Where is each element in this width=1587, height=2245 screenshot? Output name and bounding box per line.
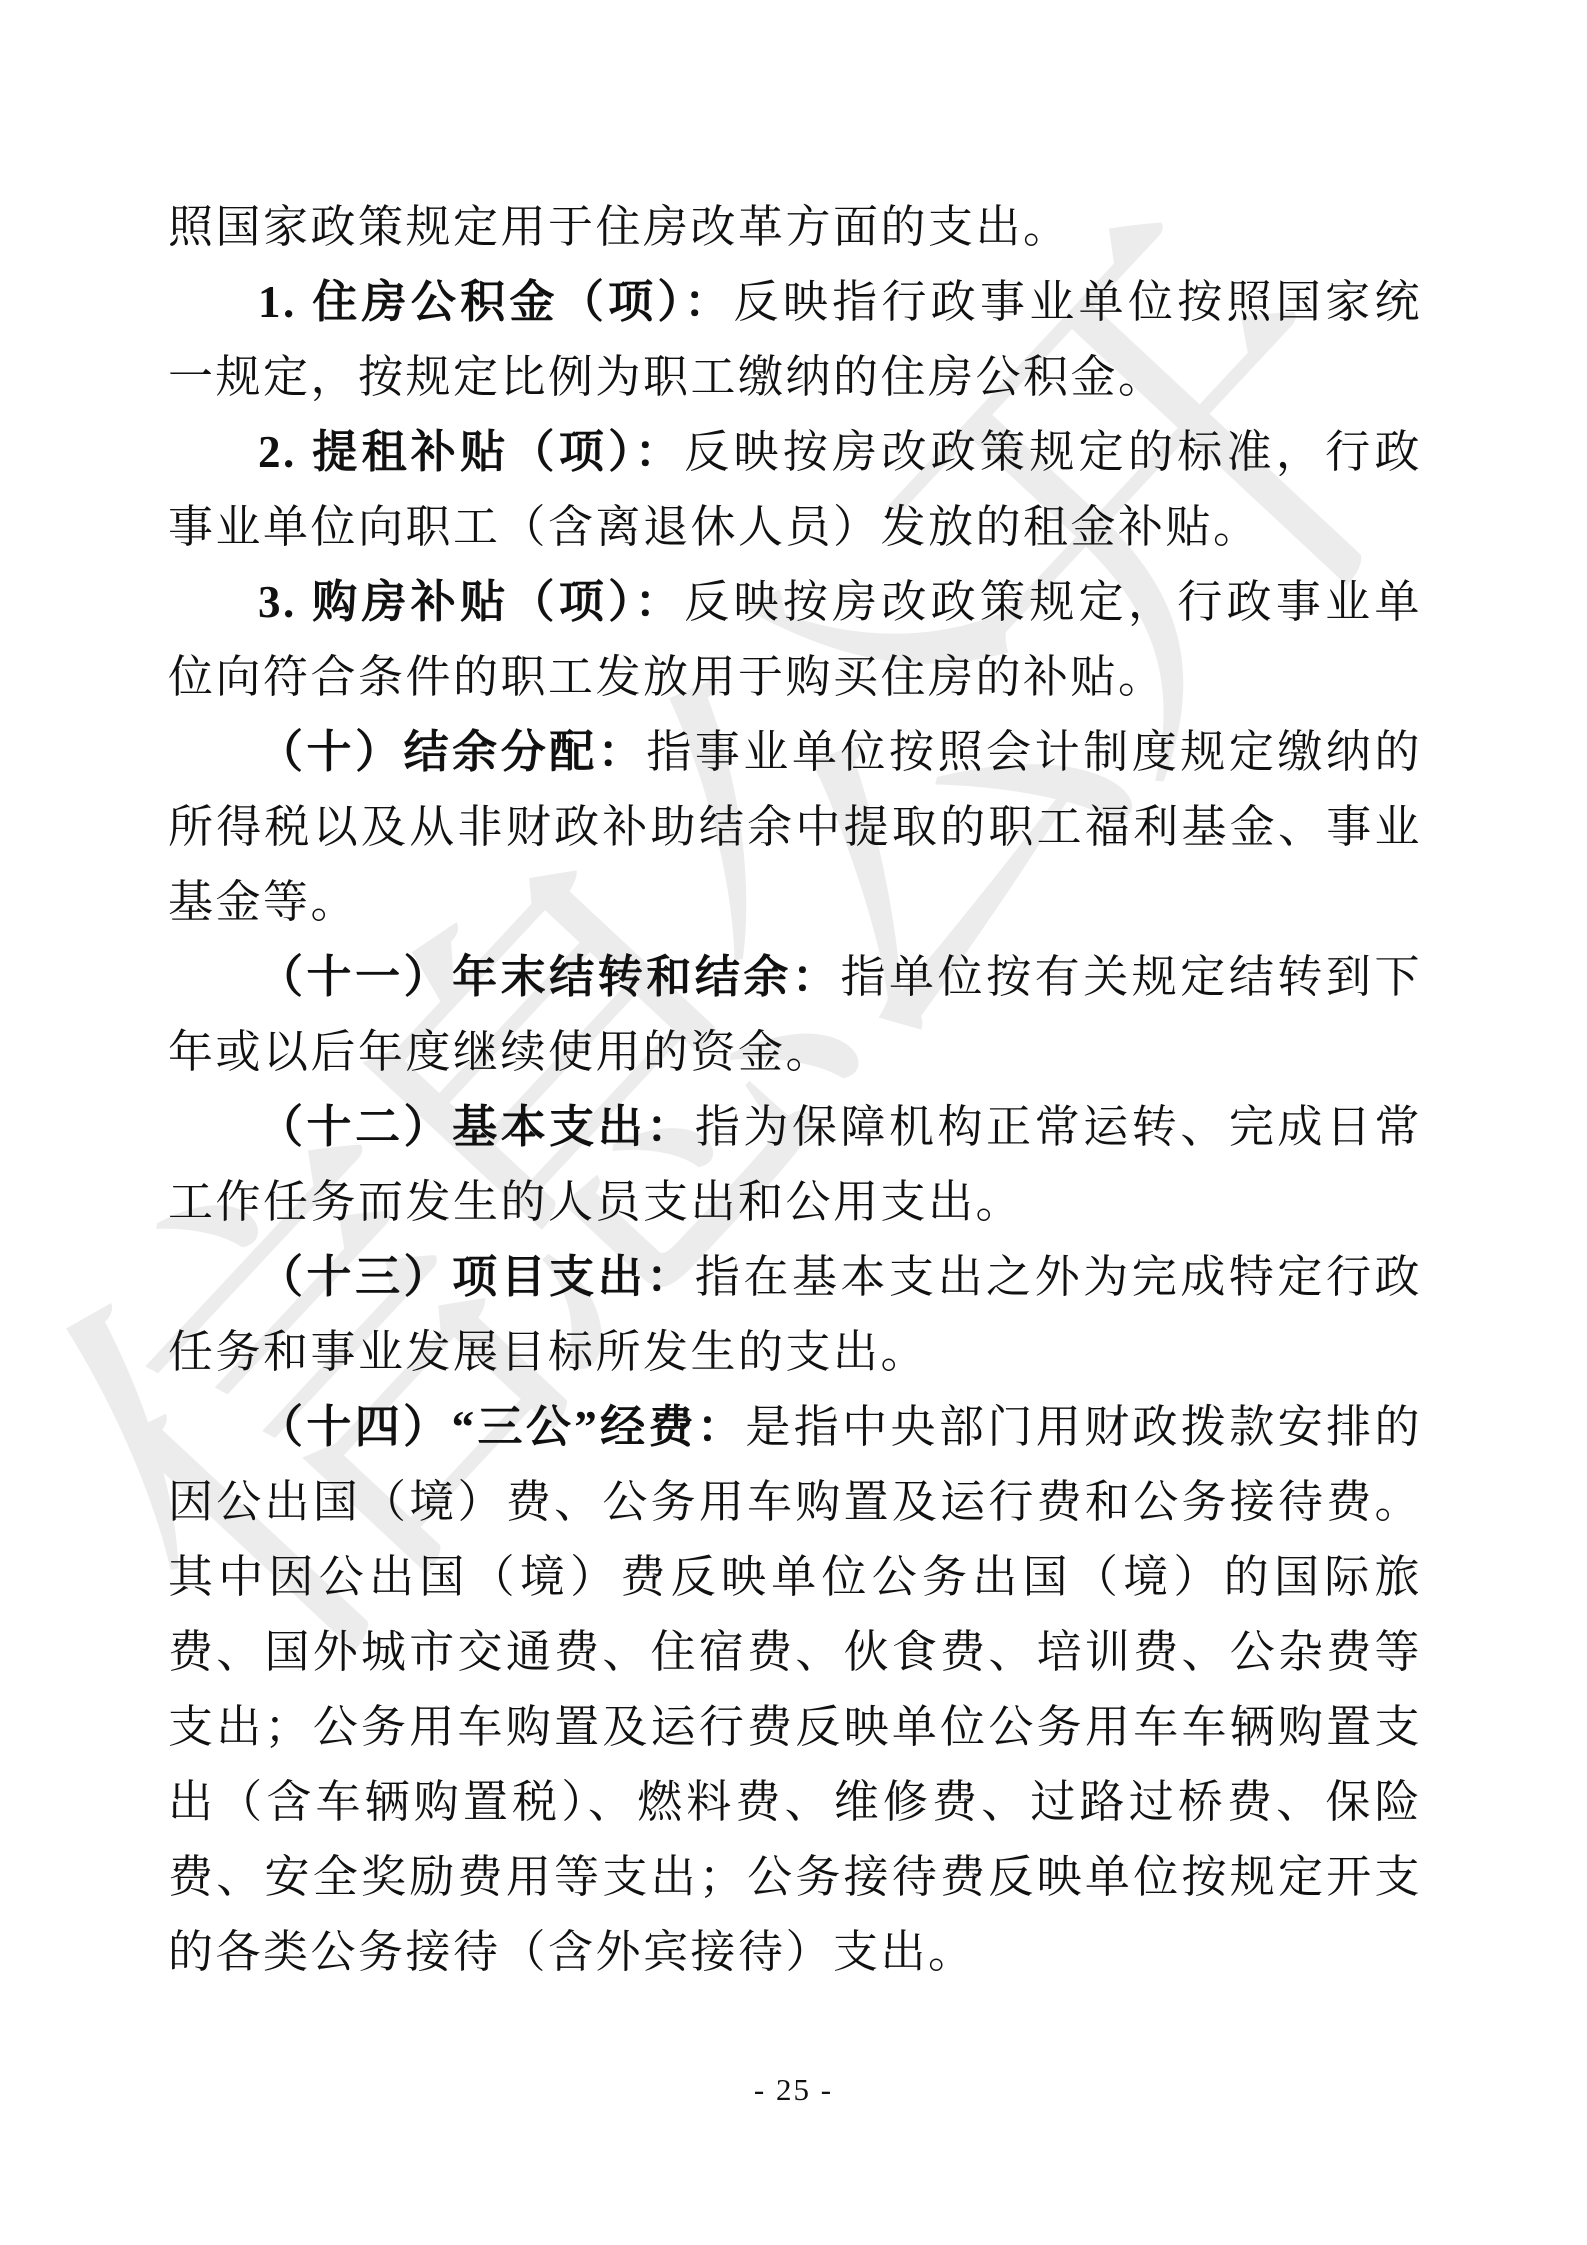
paragraph-text: 是指中央部门用财政拨款安排的因公出国（境）费、公务用车购置及运行费和公务接待费。… bbox=[168, 1402, 1422, 1977]
term-label: （十三）项目支出： bbox=[258, 1252, 695, 1302]
term-label: （十四）“三公”经费： bbox=[258, 1402, 745, 1452]
document-page: 信息公开 照国家政策规定用于住房改革方面的支出。 1. 住房公积金（项）：反映指… bbox=[0, 0, 1587, 2245]
paragraph-surplus-distribution: （十）结余分配：指事业单位按照会计制度规定缴纳的所得税以及从非财政补助结余中提取… bbox=[168, 715, 1422, 940]
term-label: （十二）基本支出： bbox=[258, 1102, 695, 1152]
paragraph-year-end-carryover: （十一）年末结转和结余：指单位按有关规定结转到下年或以后年度继续使用的资金。 bbox=[168, 940, 1422, 1090]
paragraph-project-expenditure: （十三）项目支出：指在基本支出之外为完成特定行政任务和事业发展目标所发生的支出。 bbox=[168, 1240, 1422, 1390]
term-label: （十一）年末结转和结余： bbox=[258, 952, 841, 1002]
term-label: 2. 提租补贴（项）： bbox=[258, 427, 684, 477]
term-label: 1. 住房公积金（项）： bbox=[258, 277, 734, 327]
paragraph-three-public-funds: （十四）“三公”经费：是指中央部门用财政拨款安排的因公出国（境）费、公务用车购置… bbox=[168, 1390, 1422, 1990]
paragraph-basic-expenditure: （十二）基本支出：指为保障机构正常运转、完成日常工作任务而发生的人员支出和公用支… bbox=[168, 1090, 1422, 1240]
paragraph-housing-reform-continuation: 照国家政策规定用于住房改革方面的支出。 bbox=[168, 190, 1422, 265]
document-body: 照国家政策规定用于住房改革方面的支出。 1. 住房公积金（项）：反映指行政事业单… bbox=[168, 190, 1422, 1990]
paragraph-housing-fund: 1. 住房公积金（项）：反映指行政事业单位按照国家统一规定，按规定比例为职工缴纳… bbox=[168, 265, 1422, 415]
term-label: （十）结余分配： bbox=[258, 727, 646, 777]
term-label: 3. 购房补贴（项）： bbox=[258, 577, 684, 627]
paragraph-house-purchase-subsidy: 3. 购房补贴（项）：反映按房改政策规定，行政事业单位向符合条件的职工发放用于购… bbox=[168, 565, 1422, 715]
paragraph-text: 照国家政策规定用于住房改革方面的支出。 bbox=[168, 202, 1071, 252]
paragraph-rent-subsidy: 2. 提租补贴（项）：反映按房改政策规定的标准，行政事业单位向职工（含离退休人员… bbox=[168, 415, 1422, 565]
page-number: - 25 - bbox=[0, 2072, 1587, 2108]
